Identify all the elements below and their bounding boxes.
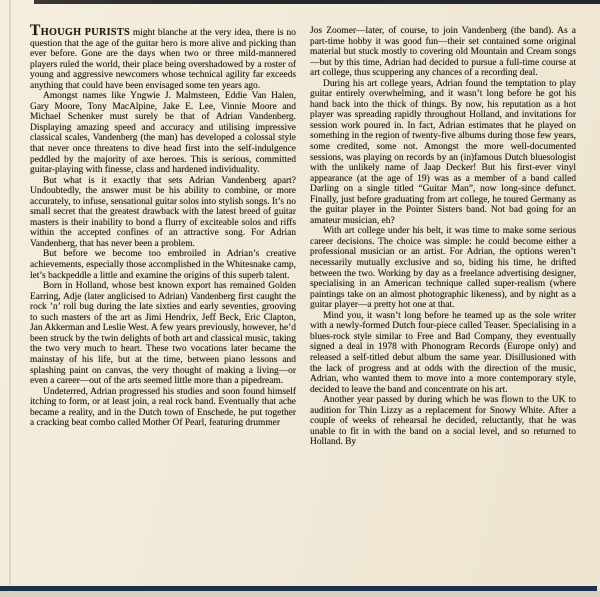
paragraph: With art college under his belt, it was … bbox=[310, 226, 576, 310]
paragraph: During his art college years, Adrian fou… bbox=[310, 79, 576, 227]
paragraph: Born in Holland, whose best known export… bbox=[30, 281, 296, 386]
paper-crease bbox=[9, 0, 11, 585]
text-column-right: Jos Zoomer—later, of course, to join Van… bbox=[310, 26, 576, 448]
paragraph: Amongst names like Yngwie J. Malmsteen, … bbox=[30, 91, 296, 175]
liner-notes: THOUGH PURISTS might blanche at the very… bbox=[30, 26, 576, 448]
paragraph: Jos Zoomer—later, of course, to join Van… bbox=[310, 26, 576, 79]
paragraph: THOUGH PURISTS might blanche at the very… bbox=[30, 26, 296, 91]
paragraph: Another year passed by during which he w… bbox=[310, 395, 576, 448]
paragraph: Mind you, it wasn’t long before he teame… bbox=[310, 311, 576, 395]
sheet-bottom-shadow bbox=[0, 591, 600, 597]
lead-initial: T bbox=[30, 22, 41, 39]
top-edge-rule bbox=[34, 0, 600, 4]
lead-smallcaps: HOUGH PURISTS bbox=[41, 27, 130, 38]
text-column-left: THOUGH PURISTS might blanche at the very… bbox=[30, 26, 296, 448]
paragraph: But what is it exactly that sets Adrian … bbox=[30, 176, 296, 250]
paragraph: Undeterred, Adrian progressed his studie… bbox=[30, 387, 296, 429]
paragraph: But before we become too embroiled in Ad… bbox=[30, 249, 296, 281]
